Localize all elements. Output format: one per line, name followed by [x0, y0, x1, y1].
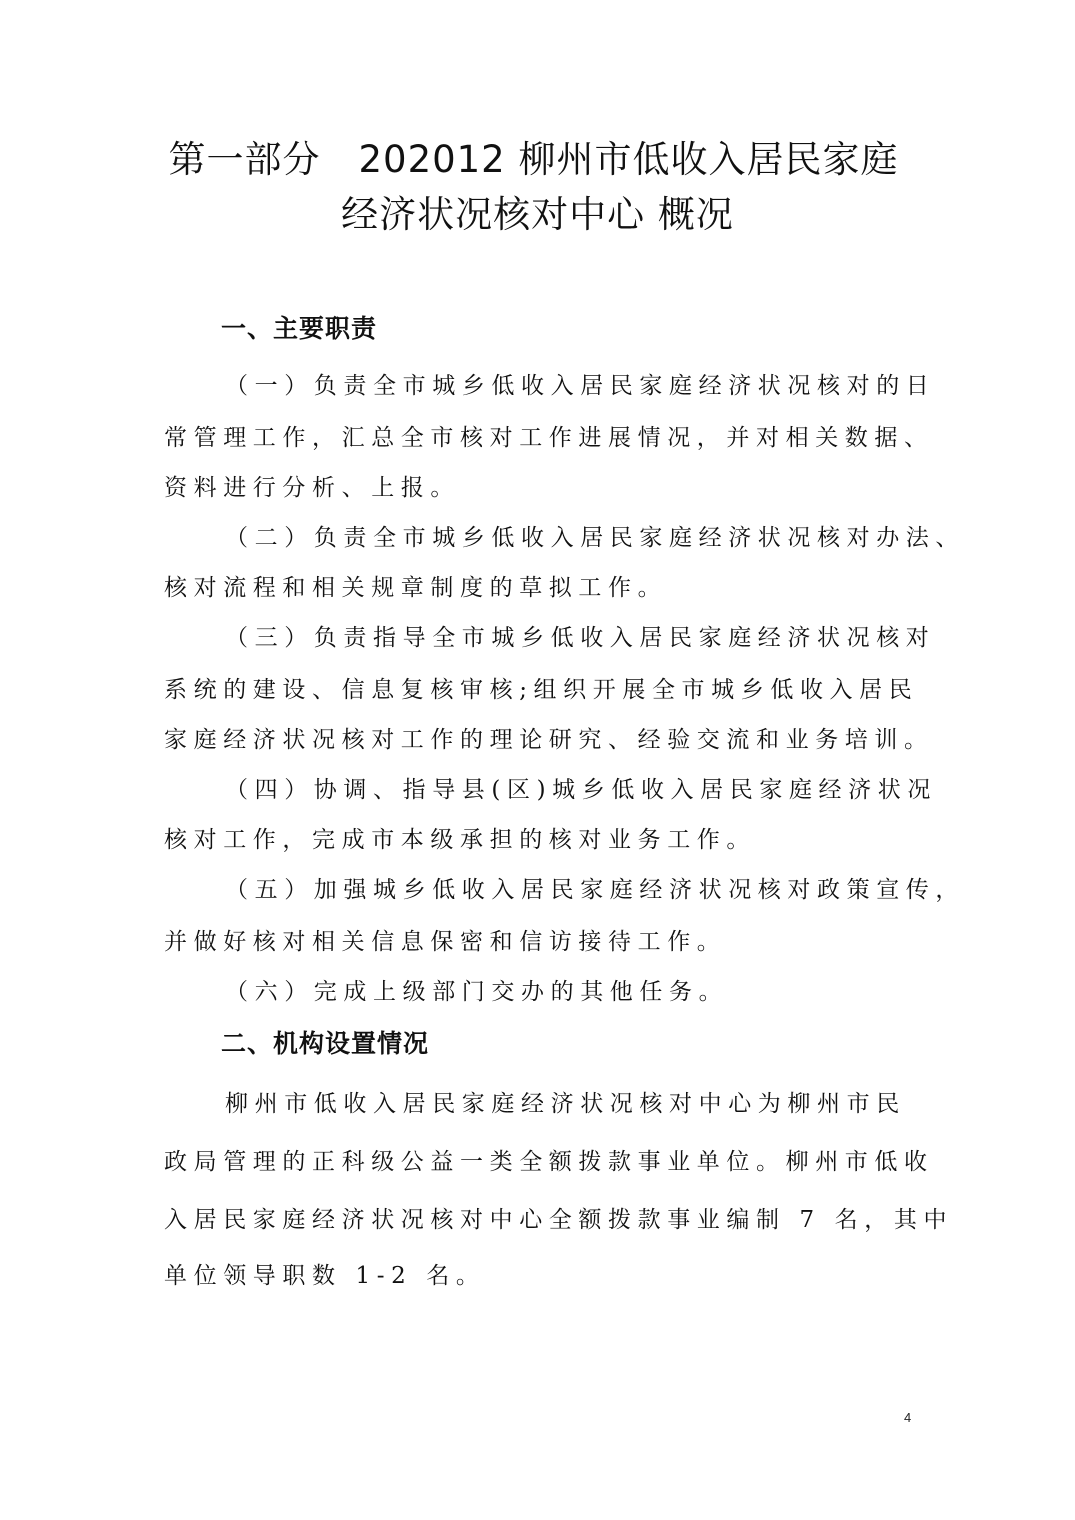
paragraph-line: 柳州市低收入居民家庭经济状况核对中心为柳州市民 — [225, 1084, 985, 1124]
paragraph-line: 家庭经济状况核对工作的理论研究、经验交流和业务培训。 — [164, 720, 924, 760]
document-page: 第一部分 202012 柳州市低收入居民家庭 经济状况核对中心 概况 一、主要职… — [0, 0, 1075, 1520]
paragraph-line: （三）负责指导全市城乡低收入居民家庭经济状况核对 — [225, 618, 985, 658]
section-heading-organization: 二、机构设置情况 — [221, 1024, 429, 1064]
paragraph-line: （四）协调、指导县(区)城乡低收入居民家庭经济状况 — [225, 770, 985, 810]
paragraph-line: 入居民家庭经济状况核对中心全额拨款事业编制 7 名，其中 — [164, 1200, 924, 1240]
paragraph-line: 常管理工作，汇总全市核对工作进展情况，并对相关数据、 — [164, 418, 924, 458]
paragraph-line: 资料进行分析、上报。 — [164, 468, 924, 508]
paragraph-line: 单位领导职数 1-2 名。 — [164, 1256, 924, 1296]
section-heading-main-duties: 一、主要职责 — [221, 309, 377, 349]
paragraph-line: （二）负责全市城乡低收入居民家庭经济状况核对办法、 — [225, 518, 985, 558]
paragraph-line: 政局管理的正科级公益一类全额拨款事业单位。柳州市低收 — [164, 1142, 924, 1182]
paragraph-line: 并做好核对相关信息保密和信访接待工作。 — [164, 922, 924, 962]
paragraph-line: 系统的建设、信息复核审核;组织开展全市城乡低收入居民 — [164, 670, 924, 710]
paragraph-line: （一）负责全市城乡低收入居民家庭经济状况核对的日 — [225, 366, 985, 406]
paragraph-line: 核对流程和相关规章制度的草拟工作。 — [164, 568, 924, 608]
page-number: 4 — [904, 1410, 911, 1425]
paragraph-line: 核对工作，完成市本级承担的核对业务工作。 — [164, 820, 924, 860]
paragraph-line: （六）完成上级部门交办的其他任务。 — [225, 972, 985, 1012]
page-title-line-1: 第一部分 202012 柳州市低收入居民家庭 — [0, 135, 1071, 185]
paragraph-line: （五）加强城乡低收入居民家庭经济状况核对政策宣传， — [225, 870, 985, 910]
page-title-line-2: 经济状况核对中心 概况 — [0, 190, 1075, 240]
